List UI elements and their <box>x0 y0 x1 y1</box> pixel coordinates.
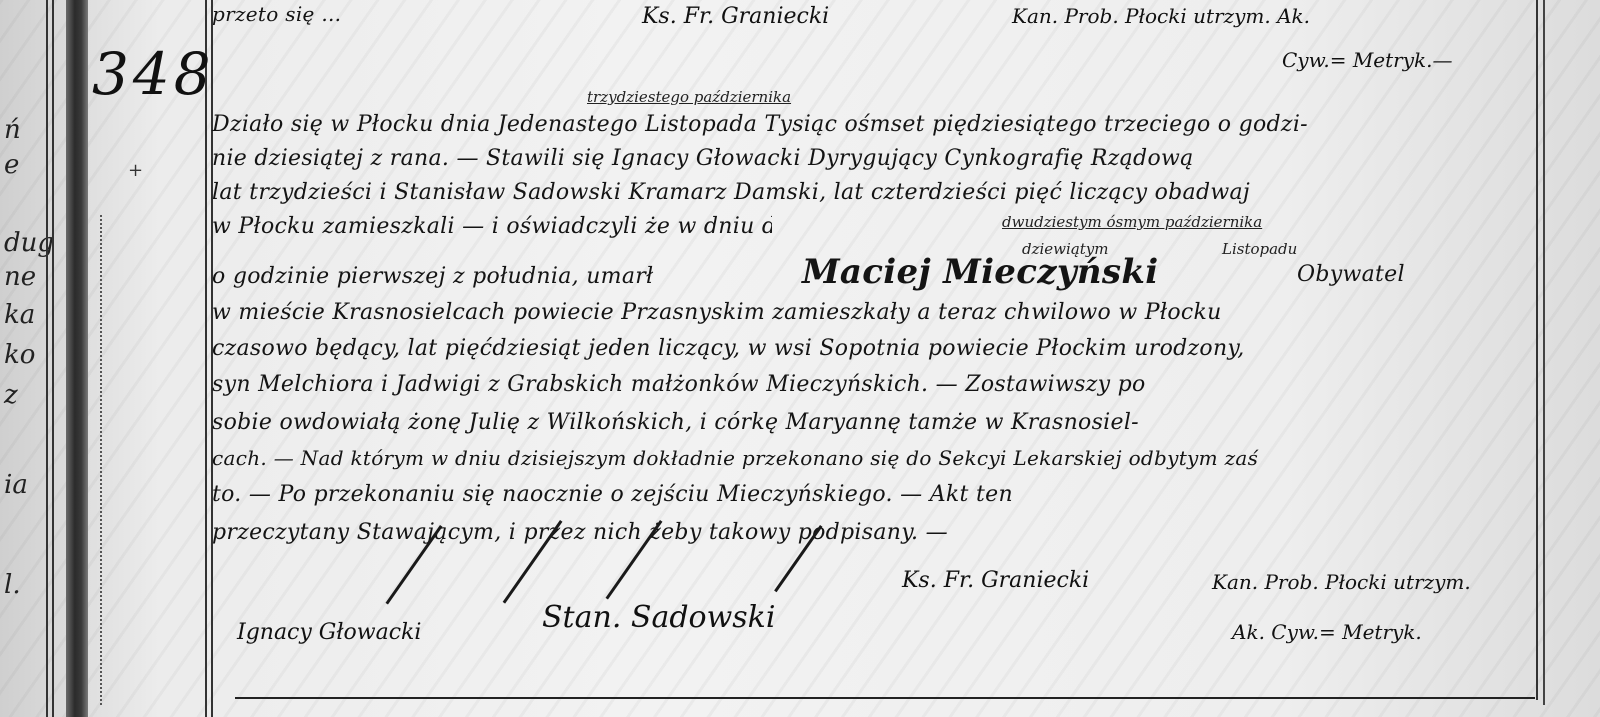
entry-bottom-rule <box>235 697 1535 699</box>
right-margin-rule <box>1543 0 1545 705</box>
deceased-name: Maciej Mieczyński <box>802 252 1158 292</box>
record-line: przeczytany Stawającym, i przez nich żeb… <box>212 520 948 545</box>
record-line: nie dziesiątej z rana. — Stawili się Ign… <box>212 146 1194 171</box>
column-rule <box>46 0 48 717</box>
record-line: syn Melchiora i Jadwigi z Grabskich małż… <box>212 372 1146 397</box>
header-officiant-title: Kan. Prob. Płocki utrzym. Ak. <box>1012 4 1310 28</box>
record-line: cach. — Nad którym w dniu dzisiejszym do… <box>212 446 1258 470</box>
left-fragment: l. <box>4 570 21 600</box>
left-fragment: ń <box>4 115 21 145</box>
interlinear-date-note: trzydziestego października <box>587 88 791 106</box>
signature-officiant: Ks. Fr. Graniecki <box>902 568 1089 593</box>
record-line: Działo się w Płocku dnia Jedenastego Lis… <box>212 112 1308 137</box>
deceased-title: Obywatel <box>1297 262 1405 287</box>
column-rule <box>52 0 54 717</box>
record-number: 348 <box>92 40 215 108</box>
interlinear-death-date-note: dwudziestym ósmym października <box>1002 213 1262 231</box>
page-binding <box>66 0 88 717</box>
register-page: ń e dug ne ka ko z ia l. 348 + przeto si… <box>0 0 1600 717</box>
header-officiant-title-cont: Cyw.= Metryk.— <box>1282 48 1453 72</box>
record-line: w mieście Krasnosielcach powiecie Przasn… <box>212 300 1222 325</box>
left-fragment: ia <box>4 470 28 500</box>
header-officiant: Ks. Fr. Graniecki <box>642 4 829 29</box>
left-fragment: z <box>4 380 18 410</box>
interlinear-month: Listopadu <box>1222 240 1297 258</box>
signature-officiant-title: Kan. Prob. Płocki utrzym. <box>1212 570 1471 594</box>
record-line: czasowo będący, lat pięćdziesiąt jeden l… <box>212 336 1245 361</box>
record-line: lat trzydzieści i Stanisław Sadowski Kra… <box>212 180 1250 205</box>
left-fragment: ko <box>4 340 35 370</box>
record-body: przeto się ... Ks. Fr. Graniecki Kan. Pr… <box>212 0 1537 717</box>
margin-cross-mark: + <box>128 160 143 181</box>
record-line: o godzinie pierwszej z południa, umarł <box>212 264 654 289</box>
left-fragment: e <box>4 150 19 180</box>
previous-entry-fragment: przeto się ... <box>212 2 341 26</box>
left-fragment: ka <box>4 300 35 330</box>
signature-officiant-title-cont: Ak. Cyw.= Metryk. <box>1232 620 1422 644</box>
record-line: sobie owdowiałą żonę Julię z Wilkońskich… <box>212 410 1139 435</box>
dotted-margin-line <box>100 215 102 705</box>
signature-witness-2: Stan. Sadowski <box>542 600 775 635</box>
left-fragment: ne <box>4 262 36 292</box>
left-page-fragment: ń e dug ne ka ko z ia l. <box>0 0 48 717</box>
record-line: to. — Po przekonaniu się naocznie o zejś… <box>212 482 1013 507</box>
signature-witness-1: Ignacy Głowacki <box>237 620 421 645</box>
right-margin-rule <box>1536 0 1538 700</box>
record-line: w Płocku zamieszkali — i oświadczyli że … <box>212 214 772 239</box>
